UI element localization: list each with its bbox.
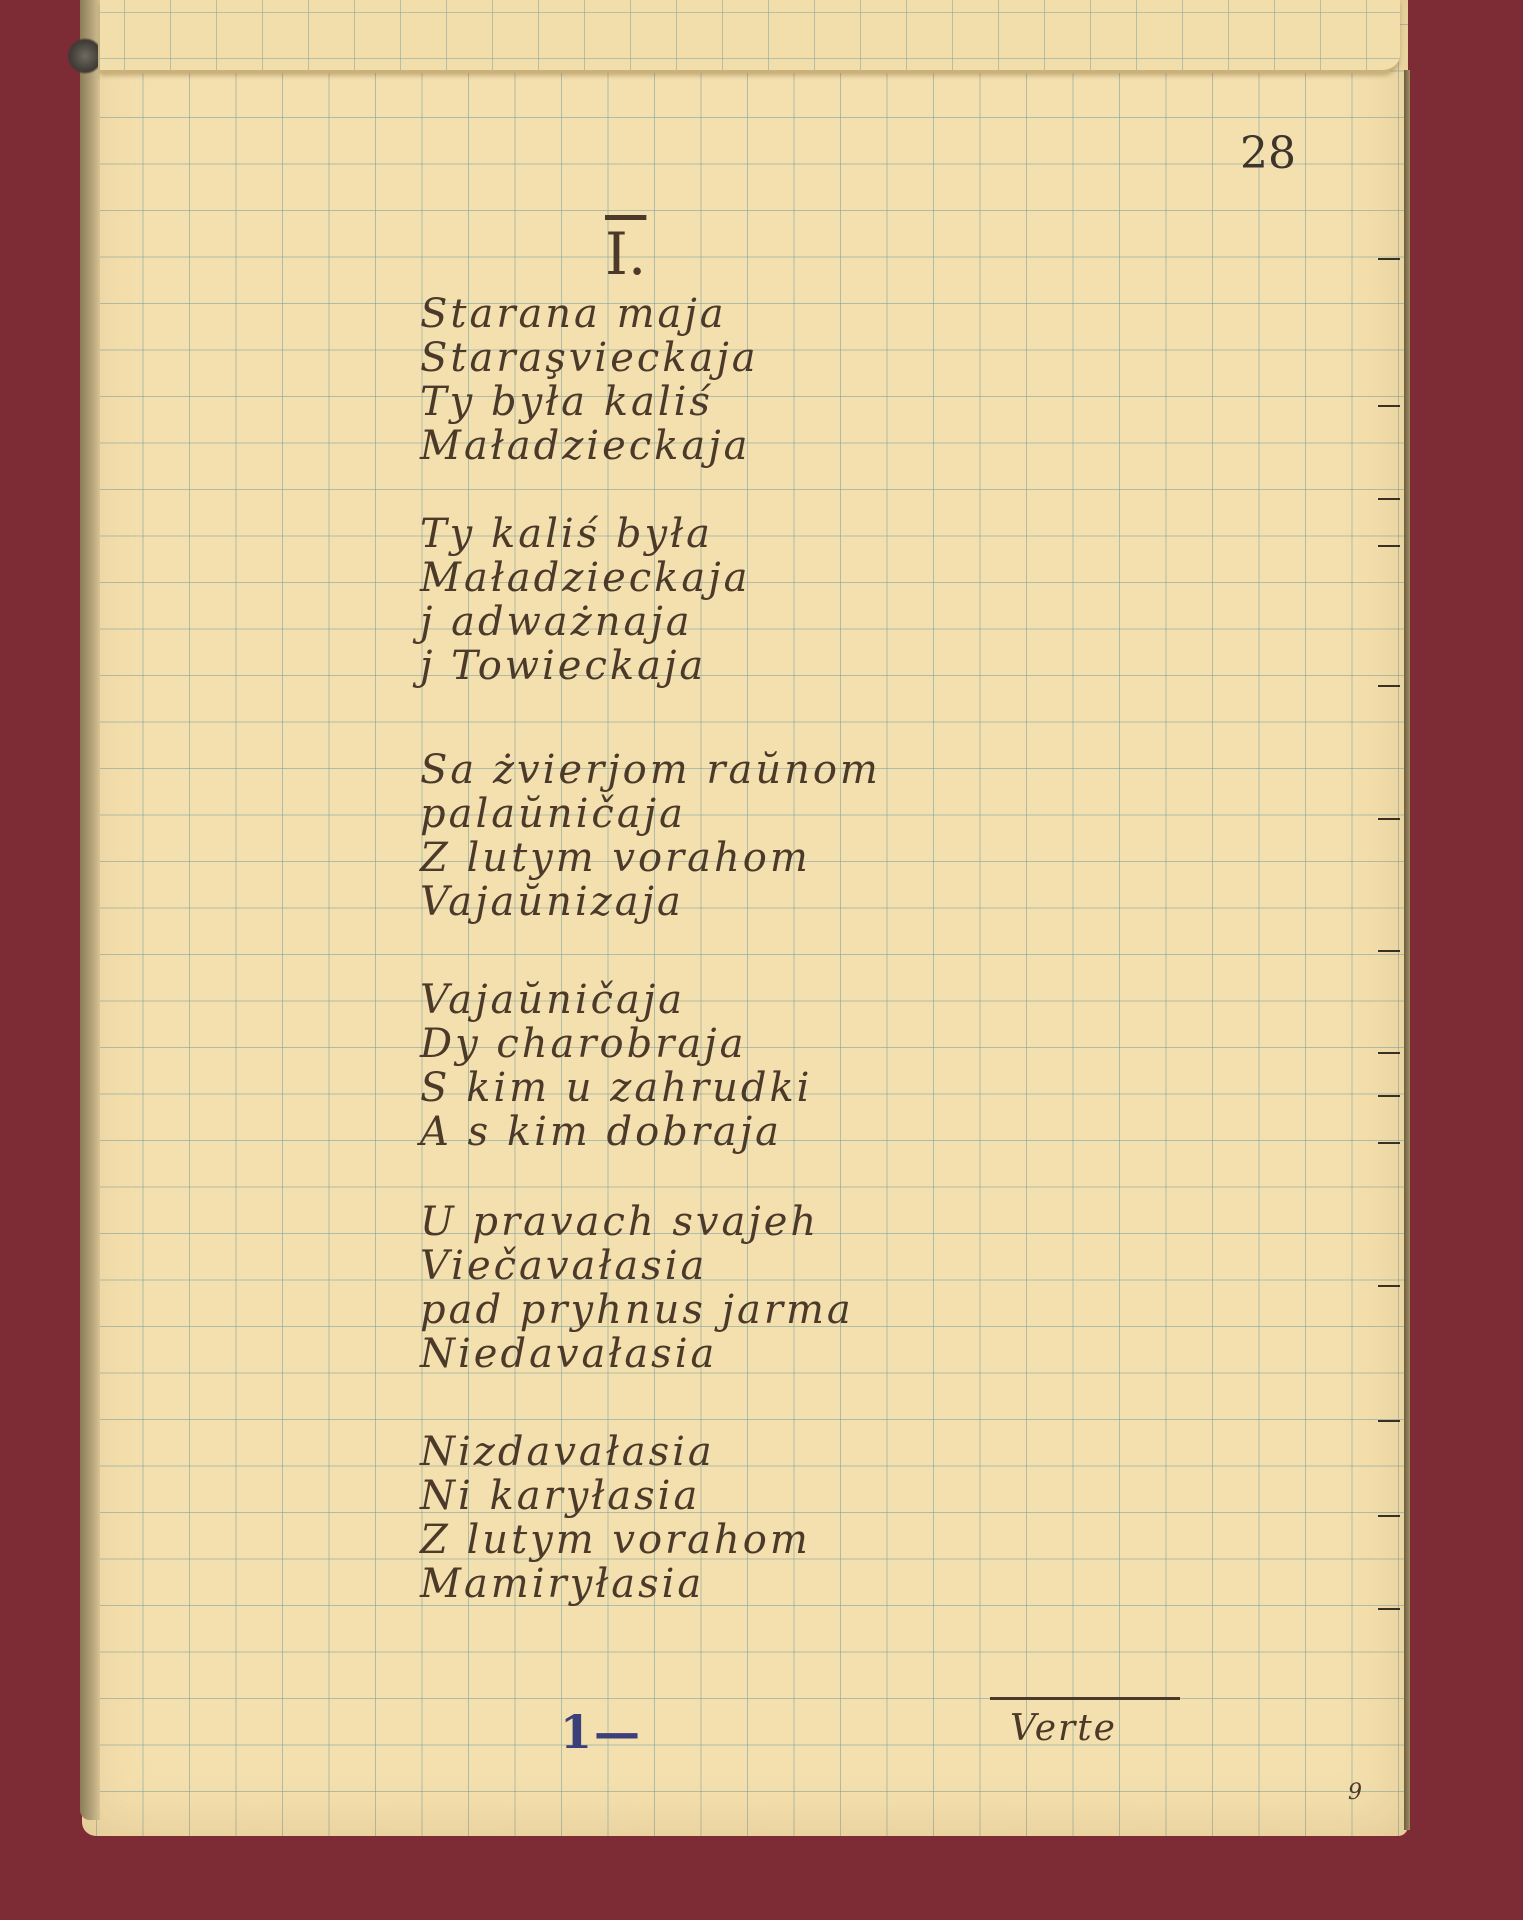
stanza-4: Vajaŭničaja Dy charobraja S kim u zahrud… <box>420 978 812 1154</box>
verse-line: Ni karyłasia <box>420 1474 811 1518</box>
verse-line: Mamiryłasia <box>420 1562 811 1606</box>
margin-tick <box>1378 950 1400 952</box>
scanned-manuscript: 28 I. Starana maja Staraşvieckaja Ty był… <box>0 0 1523 1920</box>
page-number: 28 <box>1240 128 1296 179</box>
margin-tick <box>1378 818 1400 820</box>
stanza-1: Starana maja Staraşvieckaja Ty była kali… <box>420 292 759 468</box>
margin-tick <box>1378 685 1400 687</box>
verse-line: Staraşvieckaja <box>420 336 759 380</box>
verse-line: Dy charobraja <box>420 1022 812 1066</box>
margin-tick <box>1378 1142 1400 1144</box>
corner-number: 9 <box>1348 1780 1362 1805</box>
verse-line: Ty kaliś była <box>420 512 751 556</box>
verte-note: Verte <box>1010 1708 1117 1749</box>
verse-line: Vajaŭničaja <box>420 978 812 1022</box>
margin-tick <box>1378 1052 1400 1054</box>
previous-page-fold <box>100 0 1400 73</box>
verse-line: Viečavałasia <box>420 1244 854 1288</box>
verse-line: Maładzieckaja <box>420 556 751 600</box>
stanza-5: U pravach svajeh Viečavałasia pad pryhnu… <box>420 1200 854 1376</box>
verse-line: Sa żvierjom raŭnom <box>420 748 881 792</box>
margin-tick <box>1378 498 1400 500</box>
stanza-2: Ty kaliś była Maładzieckaja j adważnaja … <box>420 512 751 688</box>
page-spine <box>80 0 100 1820</box>
verse-line: pad pryhnus jarma <box>420 1288 854 1332</box>
blue-ink-mark: 1— <box>560 1705 642 1759</box>
verse-line: Nizdavałasia <box>420 1430 811 1474</box>
verse-line: U pravach svajeh <box>420 1200 854 1244</box>
verse-line: Maładzieckaja <box>420 424 759 468</box>
verse-line: A s kim dobraja <box>420 1110 812 1154</box>
verse-line: palaŭničaja <box>420 792 881 836</box>
verse-line: Starana maja <box>420 292 759 336</box>
verte-rule <box>990 1697 1180 1700</box>
margin-tick <box>1378 1515 1400 1517</box>
verse-line: j Towieckaja <box>420 644 751 688</box>
staple-icon <box>66 38 98 74</box>
margin-tick <box>1378 1608 1400 1610</box>
margin-tick <box>1378 1285 1400 1287</box>
stanza-6: Nizdavałasia Ni karyłasia Z lutym voraho… <box>420 1430 811 1606</box>
page-edges <box>1404 70 1410 1830</box>
verse-line: Z lutym vorahom <box>420 836 881 880</box>
margin-tick <box>1378 545 1400 547</box>
verse-line: Niedavałasia <box>420 1332 854 1376</box>
verse-line: Z lutym vorahom <box>420 1518 811 1562</box>
section-numeral: I. <box>605 220 646 288</box>
verse-line: S kim u zahrudki <box>420 1066 812 1110</box>
verse-line: Ty była kaliś <box>420 380 759 424</box>
verse-line: Vajaŭnizaja <box>420 880 881 924</box>
margin-tick <box>1378 258 1400 260</box>
stanza-3: Sa żvierjom raŭnom palaŭničaja Z lutym v… <box>420 748 881 924</box>
verse-line: j adważnaja <box>420 600 751 644</box>
margin-tick <box>1378 405 1400 407</box>
margin-tick <box>1378 1095 1400 1097</box>
margin-tick <box>1378 1420 1400 1422</box>
